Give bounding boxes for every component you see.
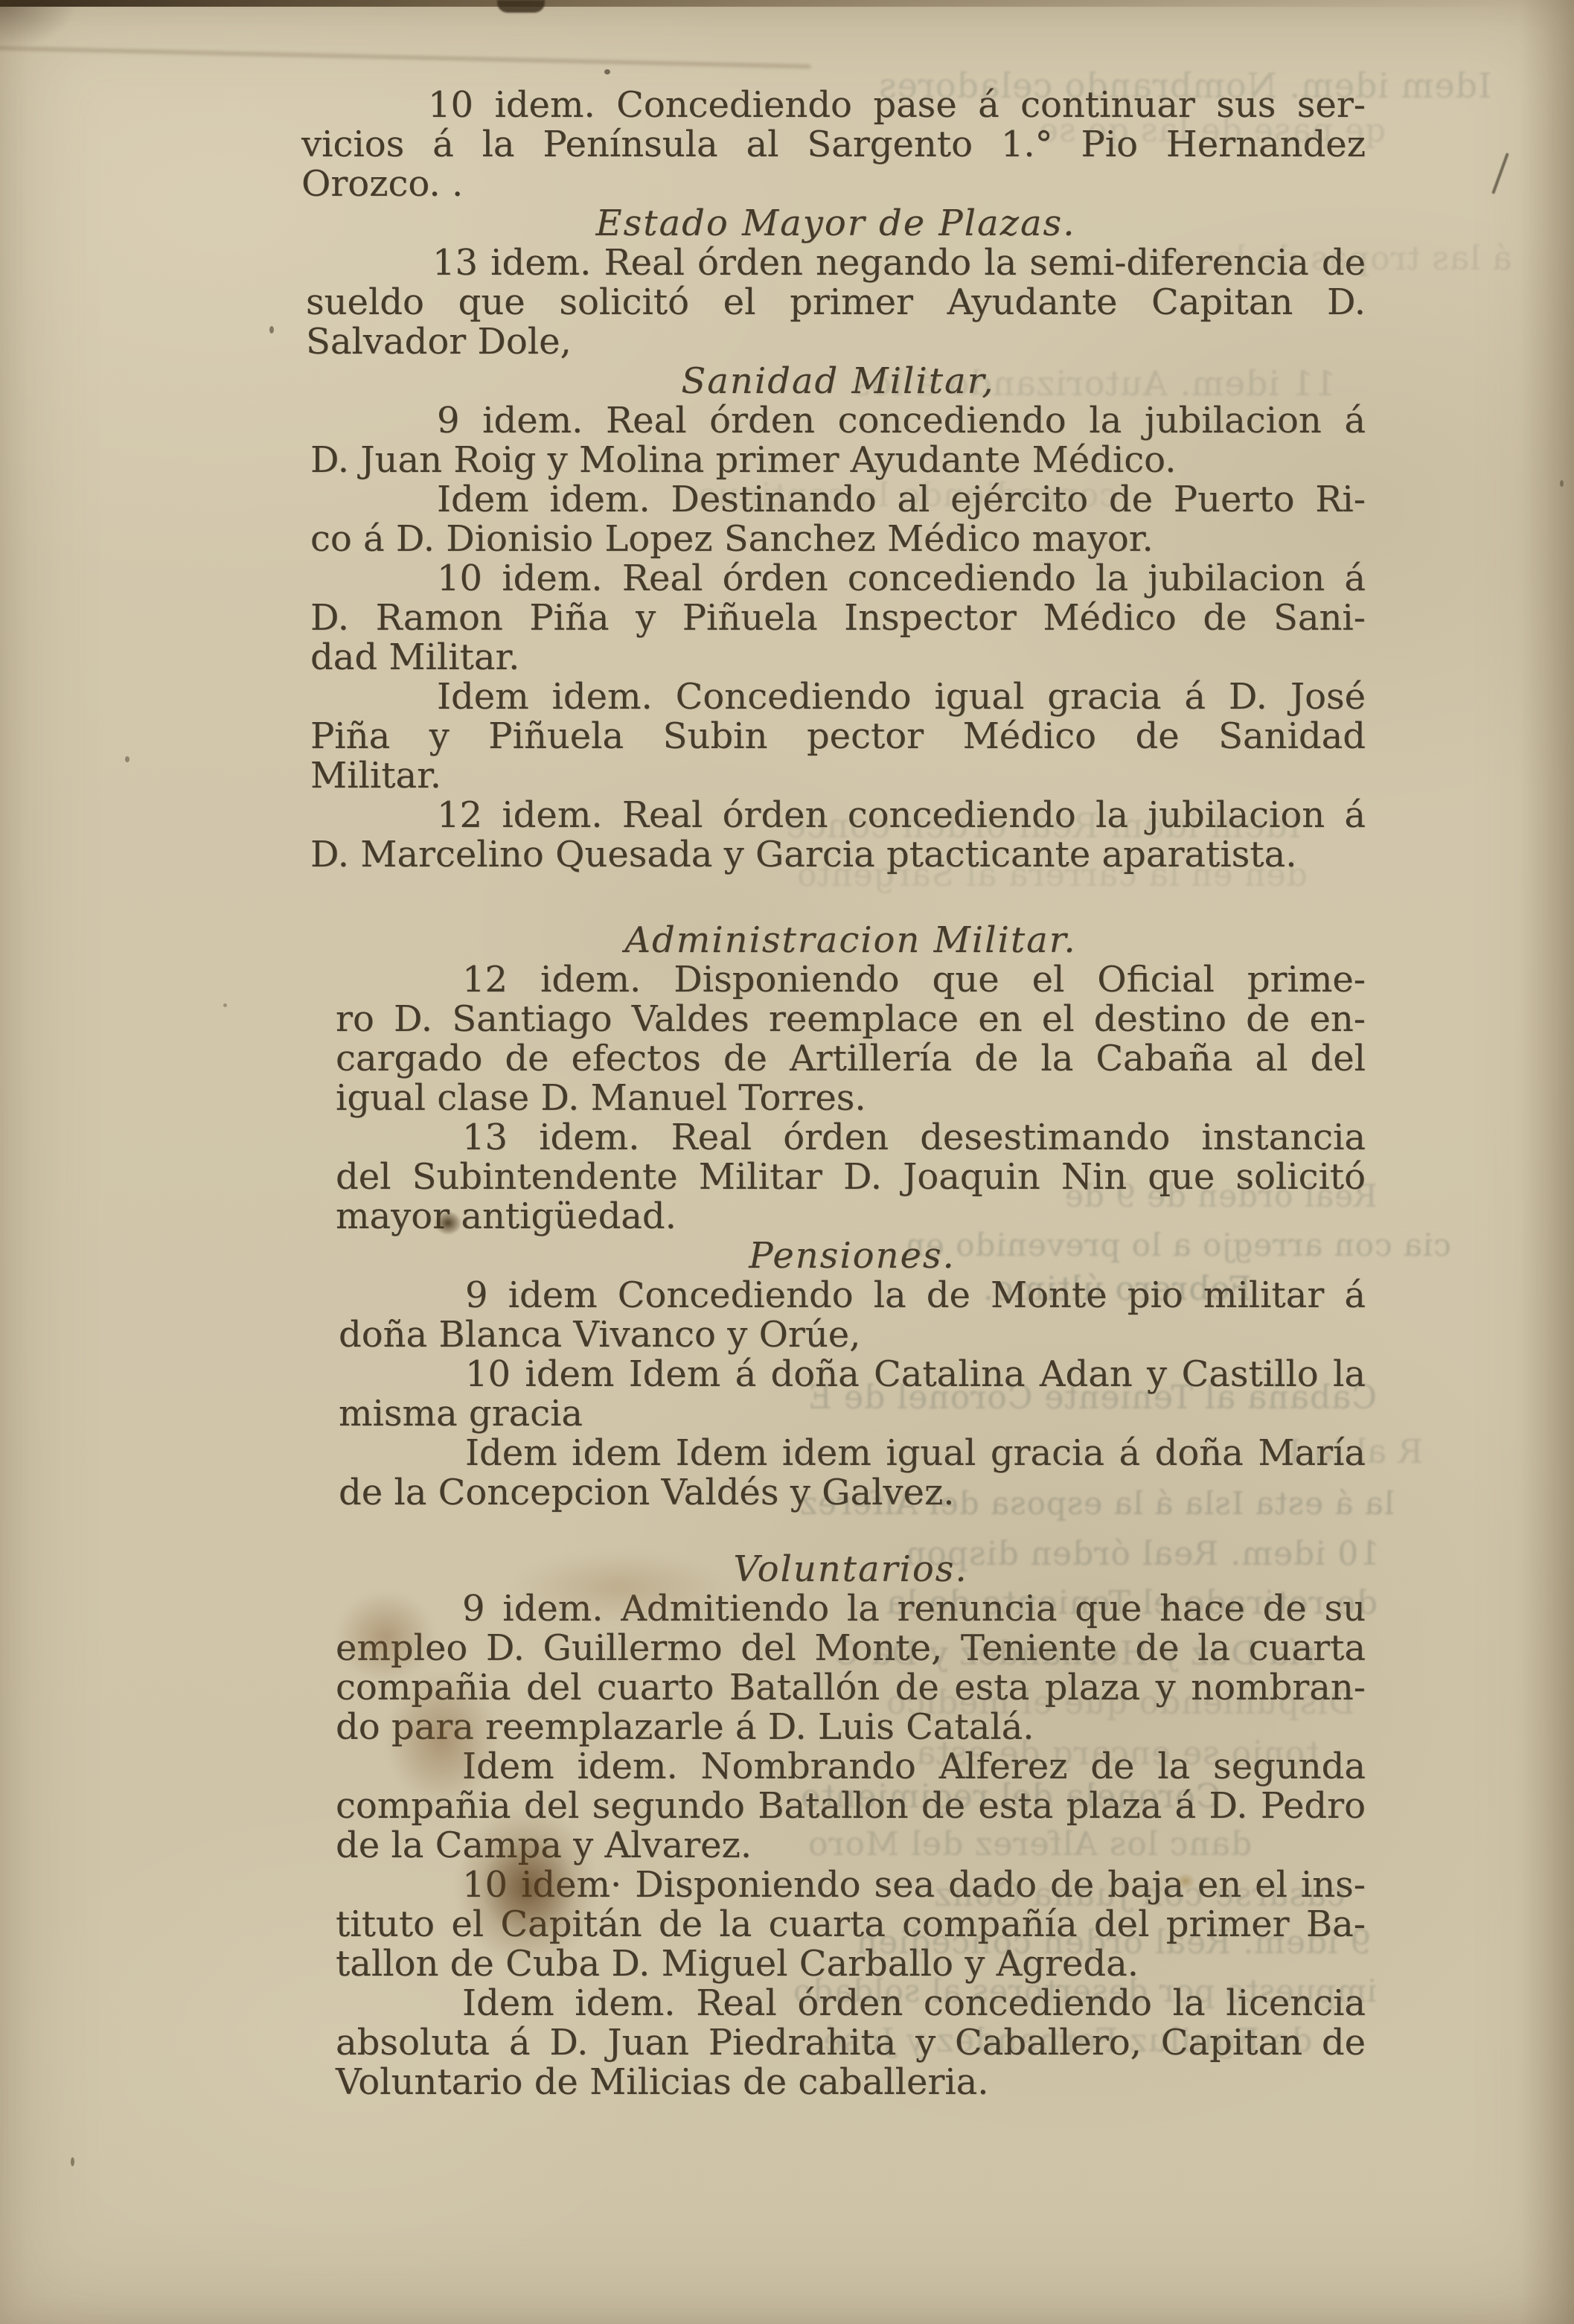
document-section: 10 idem. Concediendo pase á continuar su… <box>301 86 1366 204</box>
scan-top-edge <box>497 0 545 13</box>
text-line: do para reemplazarle á D. Luis Catalá. <box>336 1708 1366 1747</box>
text-line: Idem idem Idem idem igual gracia á doña … <box>339 1434 1366 1473</box>
printed-text-block: 10 idem. Concediendo pase á continuar su… <box>301 86 1366 2102</box>
text-line: 9 idem. Real órden concediendo la jubila… <box>310 401 1366 441</box>
text-line: 10 idem Idem á doña Catalina Adan y Cast… <box>339 1355 1366 1394</box>
text-line: Idem idem. Real órden concediendo la lic… <box>336 1984 1366 2023</box>
text-line: de la Campa y Alvarez. <box>336 1826 1366 1865</box>
section-heading: Sanidad Militar, <box>310 362 1366 401</box>
document-section: Administracion Militar.12 idem. Disponie… <box>336 921 1366 1236</box>
section-heading: Pensiones. <box>339 1236 1366 1276</box>
text-line: 13 idem. Real órden negando la semi-dife… <box>306 243 1366 283</box>
scan-corner-shadow <box>0 0 112 71</box>
entry-paragraph: Idem idem. Destinando al ejército de Pue… <box>310 480 1366 559</box>
entry-paragraph: Idem idem Idem idem igual gracia á doña … <box>339 1434 1366 1513</box>
text-line: 13 idem. Real órden desestimando instanc… <box>336 1118 1366 1158</box>
paper-speck <box>223 1003 227 1007</box>
text-line: Idem idem. Destinando al ejército de Pue… <box>310 480 1366 520</box>
paper-crease <box>0 46 811 68</box>
paper-speck <box>1560 480 1564 487</box>
text-line: absoluta á D. Juan Piedrahita y Caballer… <box>336 2023 1366 2063</box>
text-line: tallon de Cuba D. Miguel Carballo y Agre… <box>336 1944 1366 1984</box>
text-line: dad Militar. <box>310 638 1366 677</box>
entry-paragraph: 12 idem. Real órden concediendo la jubil… <box>310 796 1366 875</box>
section-heading: Administracion Militar. <box>336 921 1366 960</box>
paper-speck <box>269 326 274 333</box>
entry-paragraph: 10 idem. Concediendo pase á continuar su… <box>301 86 1366 204</box>
entry-paragraph: 10 idem. Real órden concediendo la jubil… <box>310 559 1366 677</box>
document-section: Voluntarios.9 idem. Admitiendo la renunc… <box>336 1550 1366 2102</box>
scan-edge-shadow <box>1520 0 1574 2324</box>
document-section: Pensiones.9 idem Concediendo la de Monte… <box>339 1236 1366 1513</box>
text-line: 10 idem. Concediendo pase á continuar su… <box>301 86 1366 125</box>
entry-paragraph: Idem idem. Nombrando Alferez de la segun… <box>336 1747 1366 1865</box>
text-line: Salvador Dole, <box>306 322 1366 362</box>
text-line: Piña y Piñuela Subin pector Médico de Sa… <box>310 717 1366 756</box>
text-line: 12 idem. Real órden concediendo la jubil… <box>310 796 1366 835</box>
text-line: ro D. Santiago Valdes reemplace en el de… <box>336 1000 1366 1039</box>
entry-paragraph: Idem idem. Concediendo igual gracia á D.… <box>310 677 1366 796</box>
text-line: 9 idem Concediendo la de Monte pio milit… <box>339 1276 1366 1315</box>
entry-paragraph: 9 idem. Real órden concediendo la jubila… <box>310 401 1366 480</box>
text-line: 10 idem. Real órden concediendo la jubil… <box>310 559 1366 598</box>
entry-paragraph: 10 idem· Disponiendo sea dado de baja en… <box>336 1865 1366 1984</box>
text-line: compañia del segundo Batallon de esta pl… <box>336 1787 1366 1826</box>
text-line: D. Juan Roig y Molina primer Ayudante Mé… <box>310 441 1366 480</box>
paper-speck <box>125 756 129 762</box>
entry-paragraph: Idem idem. Real órden concediendo la lic… <box>336 1984 1366 2102</box>
scan-top-edge <box>0 0 1574 7</box>
text-line: igual clase D. Manuel Torres. <box>336 1079 1366 1118</box>
entry-paragraph: 9 idem. Admitiendo la renuncia que hace … <box>336 1589 1366 1747</box>
pen-mark <box>1491 153 1509 194</box>
scanned-page: Idem idem. Nombrando celadoresqe pase de… <box>0 0 1574 2324</box>
entry-paragraph: 12 idem. Disponiendo que el Oficial prim… <box>336 960 1366 1118</box>
entry-paragraph: 9 idem Concediendo la de Monte pio milit… <box>339 1276 1366 1355</box>
text-line: 12 idem. Disponiendo que el Oficial prim… <box>336 960 1366 1000</box>
document-section: Sanidad Militar,9 idem. Real órden conce… <box>310 362 1366 875</box>
entry-paragraph: 13 idem. Real órden negando la semi-dife… <box>306 243 1366 362</box>
text-line: 10 idem· Disponiendo sea dado de baja en… <box>336 1865 1366 1905</box>
text-line: vicios á la Península al Sargento 1.° Pi… <box>301 125 1366 165</box>
paper-speck <box>604 69 610 74</box>
text-line: co á D. Dionisio Lopez Sanchez Médico ma… <box>310 520 1366 559</box>
text-line: empleo D. Guillermo del Monte, Teniente … <box>336 1629 1366 1668</box>
document-section: Estado Mayor de Plazas.13 idem. Real órd… <box>306 204 1366 362</box>
text-line: doña Blanca Vivanco y Orúe, <box>339 1315 1366 1355</box>
text-line: Militar. <box>310 756 1366 796</box>
text-line: de la Concepcion Valdés y Galvez. <box>339 1473 1366 1513</box>
paper-speck <box>71 2157 74 2166</box>
text-line: compañia del cuarto Batallón de esta pla… <box>336 1668 1366 1708</box>
text-line: misma gracia <box>339 1394 1366 1434</box>
text-line: Orozco. . <box>301 165 1366 204</box>
text-line: D. Marcelino Quesada y Garcia ptacticant… <box>310 835 1366 875</box>
text-line: 9 idem. Admitiendo la renuncia que hace … <box>336 1589 1366 1629</box>
entry-paragraph: 13 idem. Real órden desestimando instanc… <box>336 1118 1366 1236</box>
entry-paragraph: 10 idem Idem á doña Catalina Adan y Cast… <box>339 1355 1366 1434</box>
text-line: del Subintendente Militar D. Joaquin Nin… <box>336 1158 1366 1197</box>
text-line: Voluntario de Milicias de caballeria. <box>336 2063 1366 2102</box>
text-line: tituto el Capitán de la cuarta compañía … <box>336 1905 1366 1944</box>
text-line: cargado de efectos de Artillería de la C… <box>336 1039 1366 1079</box>
text-line: D. Ramon Piña y Piñuela Inspector Médico… <box>310 598 1366 638</box>
section-heading: Voluntarios. <box>336 1550 1366 1589</box>
text-line: sueldo que solicitó el primer Ayudante C… <box>306 283 1366 322</box>
section-heading: Estado Mayor de Plazas. <box>306 204 1366 243</box>
text-line: Idem idem. Nombrando Alferez de la segun… <box>336 1747 1366 1787</box>
text-line: Idem idem. Concediendo igual gracia á D.… <box>310 677 1366 717</box>
text-line: mayor antigüedad. <box>336 1197 1366 1236</box>
